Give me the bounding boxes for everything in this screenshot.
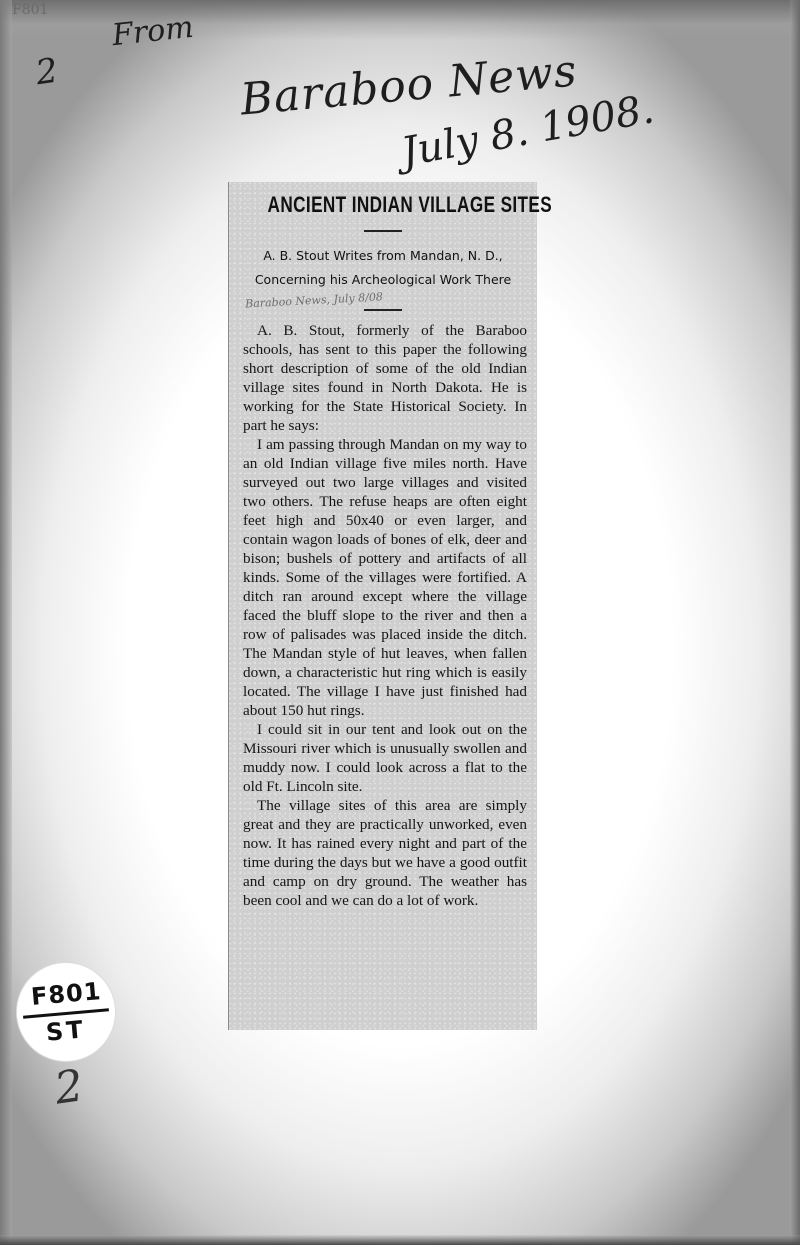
page-edge-bottom xyxy=(0,1235,800,1245)
article-paragraph: A. B. Stout, formerly of the Baraboo sch… xyxy=(243,321,527,435)
stamp-code: ST xyxy=(45,1015,87,1046)
article-headline: ANCIENT INDIAN VILLAGE SITES xyxy=(268,192,499,218)
subhead-divider xyxy=(364,309,402,311)
stamp-catalog-number: F801 xyxy=(30,976,103,1010)
catalog-stamp: F801 ST xyxy=(16,962,116,1062)
article-paragraph: I am passing through Mandan on my way to… xyxy=(243,435,527,720)
article-paragraph: I could sit in our tent and look out on … xyxy=(243,720,527,796)
article-paragraph: The village sites of this area are simpl… xyxy=(243,796,527,910)
faint-catalog-mark: F801 xyxy=(12,2,48,18)
headline-divider xyxy=(364,230,402,232)
newspaper-clipping: ANCIENT INDIAN VILLAGE SITES A. B. Stout… xyxy=(228,182,537,1030)
article-body: A. B. Stout, formerly of the Baraboo sch… xyxy=(235,321,531,910)
page-edge-right xyxy=(790,0,800,1245)
